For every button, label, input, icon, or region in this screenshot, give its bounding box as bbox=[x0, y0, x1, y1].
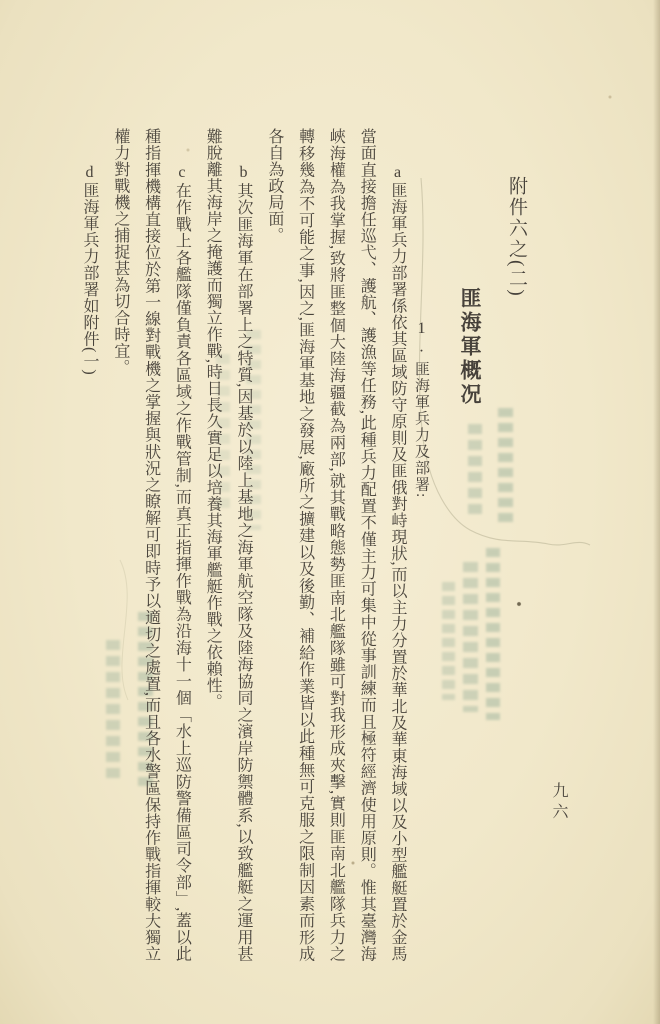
paragraph-text: 匪海軍兵力部署如附件(一) bbox=[81, 182, 98, 375]
page-number: 九六 bbox=[547, 782, 570, 824]
attachment-title: 附件六之(二) bbox=[503, 176, 530, 298]
paragraph-text: 匪海軍兵力部署係依其區域防守原則及匪俄對峙現狀,而以主力分置於華北及華東海域以及… bbox=[266, 128, 406, 962]
body-text: a匪海軍兵力部署係依其區域防守原則及匪俄對峙現狀,而以主力分置於華北及華東海域以… bbox=[70, 128, 412, 962]
ink-bleed-stain bbox=[456, 404, 522, 528]
paragraph-a: a匪海軍兵力部署係依其區域防守原則及匪俄對峙現狀,而以主力分置於華北及華東海域以… bbox=[258, 128, 412, 962]
scanned-document-page: 附件六之(二) 匪海軍概况 1.匪海軍兵力及部署: a匪海軍兵力部署係依其區域防… bbox=[0, 0, 660, 1024]
paragraph-b: b其次匪海軍在部署上之特質,因基於以陸上基地之海軍航空隊及陸海協同之濱岸防禦體系… bbox=[196, 128, 258, 962]
paragraph-label: a bbox=[389, 164, 406, 182]
ink-bleed-stain bbox=[436, 548, 514, 736]
subsection-number: 1. bbox=[413, 320, 430, 357]
section-title: 匪海軍概况 bbox=[455, 287, 485, 407]
subsection-heading: 1.匪海軍兵力及部署: bbox=[411, 320, 432, 499]
paragraph-label: c bbox=[173, 164, 190, 182]
paragraph-text: 其次匪海軍在部署上之特質,因基於以陸上基地之海軍航空隊及陸海協同之濱岸防禦體系,… bbox=[204, 128, 252, 962]
paragraph-c: c在作戰上各艦隊僅負責各區域之作戰管制,而真正指揮作戰為沿海十一個「水上巡防警備… bbox=[104, 128, 196, 962]
paragraph-text: 在作戰上各艦隊僅負責各區域之作戰管制,而真正指揮作戰為沿海十一個「水上巡防警備區… bbox=[112, 128, 191, 962]
paragraph-label: b bbox=[235, 164, 252, 182]
paragraph-label: d bbox=[81, 164, 98, 182]
paragraph-d: d匪海軍兵力部署如附件(一) bbox=[73, 128, 104, 962]
subsection-title: 匪海軍兵力及部署: bbox=[413, 361, 429, 499]
